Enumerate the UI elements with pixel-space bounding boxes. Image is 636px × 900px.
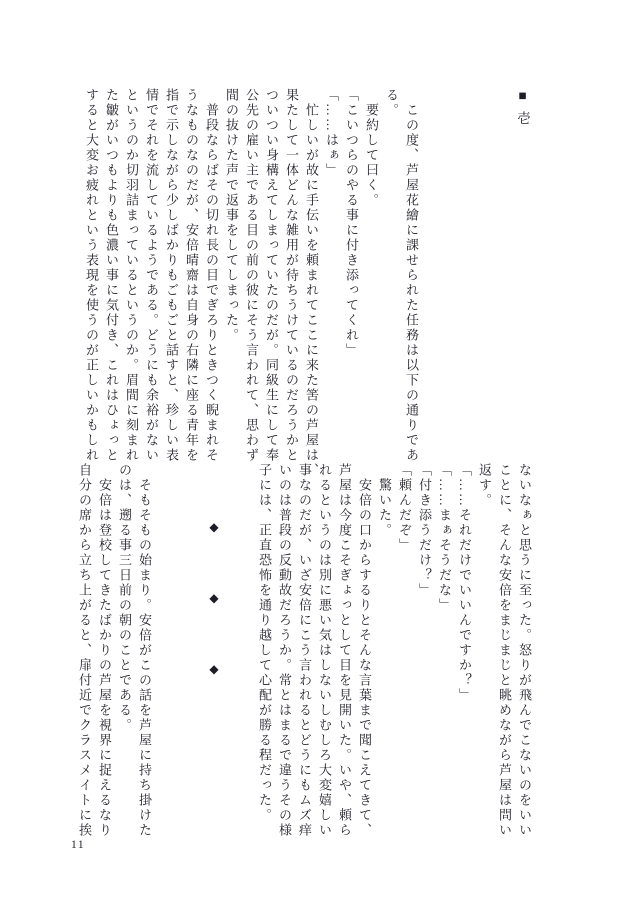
text-line: すると大変お疲れという表現を使うのが正しいかもしれ (81, 88, 101, 466)
text-line: 芦屋は今度こそぎょっとして目を見開いた。いや、頼ら (334, 463, 354, 841)
text-line: この度、芦屋花繪に課せられた任務は以下の通りであ (401, 88, 421, 466)
diamond-icon: ◆ (204, 591, 224, 607)
text-line: ついつい身構えてしまっていたのだが。同級生にして奉 (261, 88, 281, 466)
diamond-icon: ◆ (204, 662, 224, 678)
text-line: ことに、そんな安倍をまじまじと眺めながら芦屋は問い (494, 463, 514, 841)
scene-break: ◆◆◆ (204, 463, 224, 841)
text-line: 安倍は登校してきたばかりの芦屋を視界に捉えるなり (94, 463, 114, 841)
text-line: 公先の雇い主である目の前の彼にそう言われて、思わず (241, 88, 261, 466)
text-line: ないなぁと思うに至った。怒りが飛んでこないのをいい (514, 463, 534, 841)
text-line: というのか切羽詰まっているというのか。眉間に刻まれ (121, 88, 141, 466)
text-line: 「……それだけでいいんですか？」 (454, 463, 474, 841)
text-line: 子には、正直恐怖を通り越して心配が勝る程だった。 (254, 463, 274, 841)
text-block-top: この度、芦屋花繪に課せられた任務は以下の通りである。 要約して曰く。「こいつらの… (81, 88, 421, 466)
chapter-header: ■壱 (512, 88, 532, 127)
text-line: いのは普段の反動故だろうか。常とはまるで違うその様 (274, 463, 294, 841)
text-line: 指で示しながら少しばかりもごもごと話すと、珍しい表 (161, 88, 181, 466)
diamond-icon: ◆ (204, 520, 224, 536)
text-line: 返す。 (474, 463, 494, 841)
text-line: のは、遡る事三日前の朝のことである。 (114, 463, 134, 841)
text-line: 「……はぁ」 (321, 88, 341, 466)
text-line: 自分の席から立ち上がると、扉付近でクラスメイトに挨 (74, 463, 94, 841)
novel-page: ■壱 この度、芦屋花繪に課せられた任務は以下の通りである。 要約して曰く。「こい… (0, 0, 636, 900)
text-line: た皺がいつもよりも色濃い事に気付き、これはひょっと (101, 88, 121, 466)
text-line: 「付き添うだけ？」 (414, 463, 434, 841)
text-line: 要約して曰く。 (361, 88, 381, 466)
text-line: 「こいつらのやる事に付き添ってくれ」 (341, 88, 361, 466)
text-line: 驚いた。 (374, 463, 394, 841)
text-line: る。 (381, 88, 401, 466)
text-line: 情でそれを流しているようである。どうにも余裕がない (141, 88, 161, 466)
chapter-marker-icon: ■ (515, 88, 530, 105)
page-number: 11 (71, 839, 85, 851)
text-line: 果たして一体どんな雑用が待ちうけているのだろうかと (281, 88, 301, 466)
text-line: 事なのだが、いざ安倍にこう言われるとどうにもムズ痒 (294, 463, 314, 841)
text-line: そもそもの始まり。安倍がこの話を芦屋に持ち掛けた (134, 463, 154, 841)
text-line: 普段ならばその切れ長の目でぎろりときつく睨まれそ (201, 88, 221, 466)
text-line: 「……まぁそうだな」 (434, 463, 454, 841)
text-line: 「頼んだぞ」 (394, 463, 414, 841)
text-block-bottom: ないなぁと思うに至った。怒りが飛んでこないのをいいことに、そんな安倍をまじまじと… (74, 463, 534, 841)
text-line: 忙しいが故に手伝いを頼まれてここに来た筈の芦屋は、 (301, 88, 321, 466)
text-line: れるというのは別に悪い気はしないしむしろ大変嬉しい (314, 463, 334, 841)
text-line: 安倍の口からするりとそんな言葉まで聞こえてきて、 (354, 463, 374, 841)
chapter-title: 壱 (512, 111, 532, 127)
text-line: 間の抜けた声で返事をしてしまった。 (221, 88, 241, 466)
text-line: うなものなのだが、安倍晴齋は自身の右隣に座る青年を (181, 88, 201, 466)
